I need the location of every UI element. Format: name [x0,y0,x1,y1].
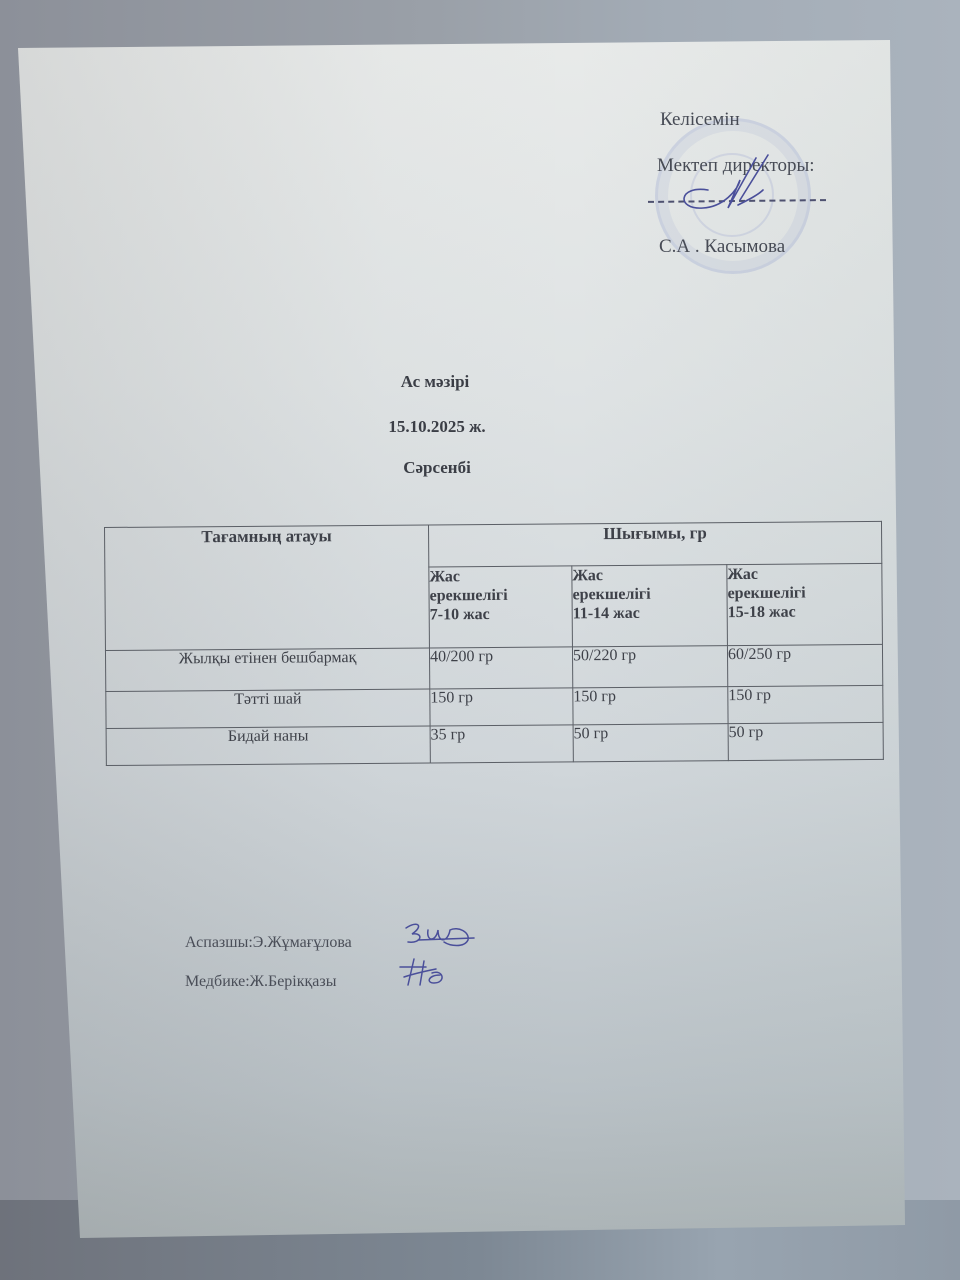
dish-name: Тәтті шай [106,689,430,729]
table-row: Тәтті шай 150 гр 150 гр 150 гр [106,685,883,728]
age-group-label: Жас [429,567,571,587]
age-group-header: Жас ерекшелігі 11-14 жас [572,565,728,647]
portion-value: 50 гр [573,724,728,762]
age-group-label: ерекшелігі [429,586,571,606]
portion-value: 35 гр [430,725,573,763]
portion-value: 150 гр [728,685,883,723]
document-title: Ас мәзірі [310,372,560,392]
agreed-label: Келісемін [660,110,740,129]
nurse-signature-icon [396,955,456,991]
dish-name: Бидай наны [106,726,430,766]
yield-header: Шығымы, гр [428,521,881,567]
portion-value: 150 гр [430,688,573,726]
table-row: Бидай наны 35 гр 50 гр 50 гр [106,722,883,765]
dish-name-header: Тағамның атауы [105,525,430,651]
weekday: Сәрсенбі [312,458,562,478]
cook-signature-icon [398,918,478,958]
nurse-signature-line: Медбике:Ж.Берікқазы [185,973,336,991]
portion-value: 60/250 гр [727,644,882,686]
cook-signature-line: Аспазшы:Э.Жұмағұлова [185,934,352,952]
age-group-label: Жас [572,565,726,585]
portion-value: 40/200 гр [429,647,572,689]
portion-value: 50 гр [728,722,883,760]
portion-value: 50/220 гр [572,646,727,688]
director-signature-icon [668,150,778,220]
age-group-header: Жас ерекшелігі 15-18 жас [727,564,883,646]
menu-table: Тағамның атауы Шығымы, гр Жас ерекшелігі… [104,521,884,766]
age-group-label: ерекшелігі [572,584,726,604]
age-group-range: 15-18 жас [728,602,882,622]
table-row: Жылқы етінен бешбармақ 40/200 гр 50/220 … [105,644,882,691]
age-group-range: 7-10 жас [430,605,572,625]
age-group-header: Жас ерекшелігі 7-10 жас [429,566,573,648]
dish-name: Жылқы етінен бешбармақ [105,648,429,692]
age-group-label: Жас [727,564,881,584]
director-name: С.А . Касымова [659,237,785,256]
age-group-label: ерекшелігі [727,583,881,603]
menu-document: Келісемін Мектеп директоры: С.А . Касымо… [0,0,960,1280]
portion-value: 150 гр [573,687,728,725]
age-group-range: 11-14 жас [573,603,727,623]
document-date: 15.10.2025 ж. [312,417,562,437]
